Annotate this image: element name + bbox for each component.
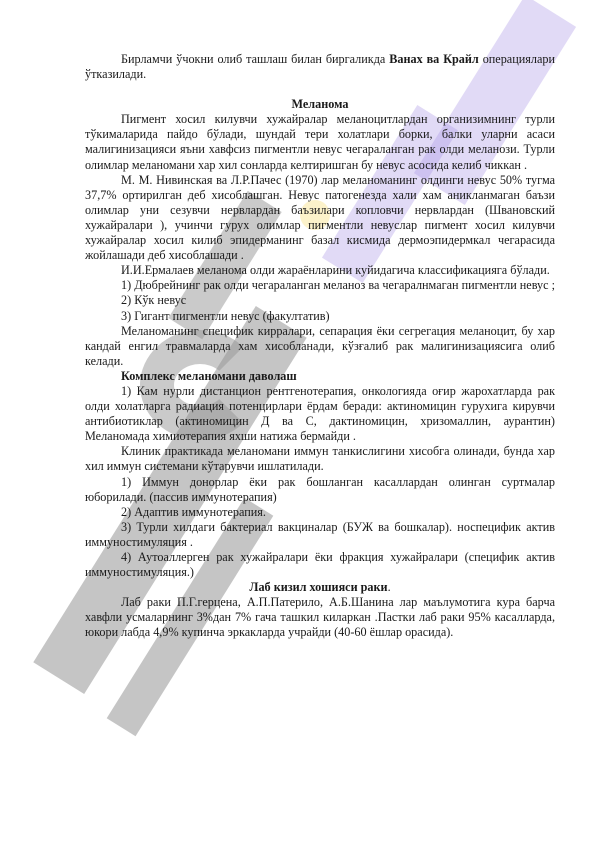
list-item: 1) Дюбрейнинг рак олди чегараланган мела… (85, 278, 555, 293)
section-title-lip-cancer: Лаб кизил хошияси раки. (85, 580, 555, 595)
paragraph: Меланоманинг специфик кирралари, сепарац… (85, 324, 555, 369)
section-title-suffix: . (388, 580, 391, 594)
section-title-melanoma: Меланома (85, 97, 555, 112)
list-item: 2) Адаптив иммунотерапия. (85, 505, 555, 520)
paragraph: И.И.Ермалаев меланома олди жараёнларини … (85, 263, 555, 278)
list-item: 3) Турли хилдаги бактериал вакциналар (Б… (85, 520, 555, 550)
list-item: 4) Аутоаллерген рак хужайралари ёки фрак… (85, 550, 555, 580)
paragraph: Пигмент хосил килувчи хужайралар меланоц… (85, 112, 555, 172)
section-title-text: Лаб кизил хошияси раки (249, 580, 387, 594)
list-item: 2) Кўк невус (85, 293, 555, 308)
intro-text: Бирламчи ўчокни олиб ташлаш билан биргал… (121, 52, 389, 66)
paragraph: Лаб раки П.Г.герцена, А.П.Патерило, А.Б.… (85, 595, 555, 640)
intro-paragraph: Бирламчи ўчокни олиб ташлаш билан биргал… (85, 52, 555, 82)
document-page: Бирламчи ўчокни олиб ташлаш билан биргал… (85, 52, 555, 641)
paragraph: М. М. Нивинская ва Л.Р.Пачес (1970) лар … (85, 173, 555, 264)
paragraph: Клиник практикада меланомани иммун танки… (85, 444, 555, 474)
section-title-treatment: Комплекс меланомани даволаш (85, 369, 555, 384)
spacer (85, 82, 555, 97)
list-item: 1) Иммун донорлар ёки рак бошланган каса… (85, 475, 555, 505)
list-item: 3) Гигант пигментли невус (факултатив) (85, 309, 555, 324)
intro-bold-text: Ванах ва Крайл (389, 52, 479, 66)
list-item: 1) Кам нурли дистанцион рентгенотерапия,… (85, 384, 555, 444)
